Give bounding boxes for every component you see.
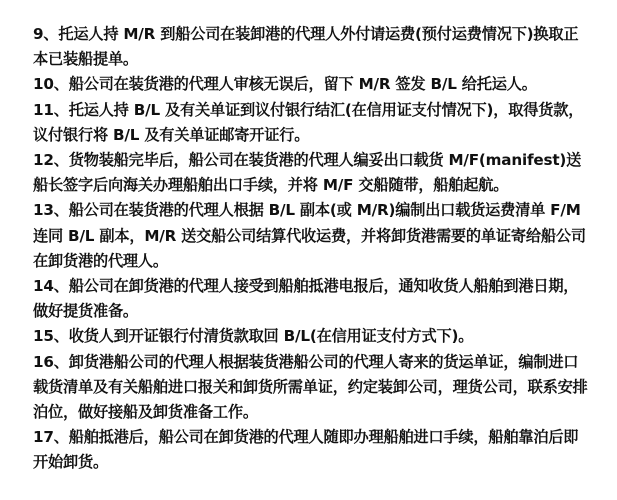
paragraph-step-12: 12、货物装船完毕后，船公司在装货港的代理人编妥出口载货 M/F(manifes…: [33, 148, 593, 198]
paragraph-step-9: 9、托运人持 M/R 到船公司在装卸港的代理人外付请运费(预付运费情况下)换取正…: [33, 22, 593, 72]
paragraph-step-13: 13、船公司在装货港的代理人根据 B/L 副本(或 M/R)编制出口载货运费清单…: [33, 198, 593, 274]
paragraph-step-16: 16、卸货港船公司的代理人根据装货港船公司的代理人寄来的货运单证，编制进口载货清…: [33, 350, 593, 426]
document-body: 9、托运人持 M/R 到船公司在装卸港的代理人外付请运费(预付运费情况下)换取正…: [33, 22, 593, 476]
paragraph-step-17: 17、船舶抵港后，船公司在卸货港的代理人随即办理船舶进口手续，船舶靠泊后即开始卸…: [33, 425, 593, 475]
paragraph-step-11: 11、托运人持 B/L 及有关单证到议付银行结汇(在信用证支付情况下)，取得货款…: [33, 98, 593, 148]
paragraph-step-10: 10、船公司在装货港的代理人审核无误后，留下 M/R 签发 B/L 给托运人。: [33, 72, 593, 97]
paragraph-step-14: 14、船公司在卸货港的代理人接受到船舶抵港电报后，通知收货人船舶到港日期，做好提…: [33, 274, 593, 324]
paragraph-step-15: 15、收货人到开证银行付清货款取回 B/L(在信用证支付方式下)。: [33, 324, 593, 349]
